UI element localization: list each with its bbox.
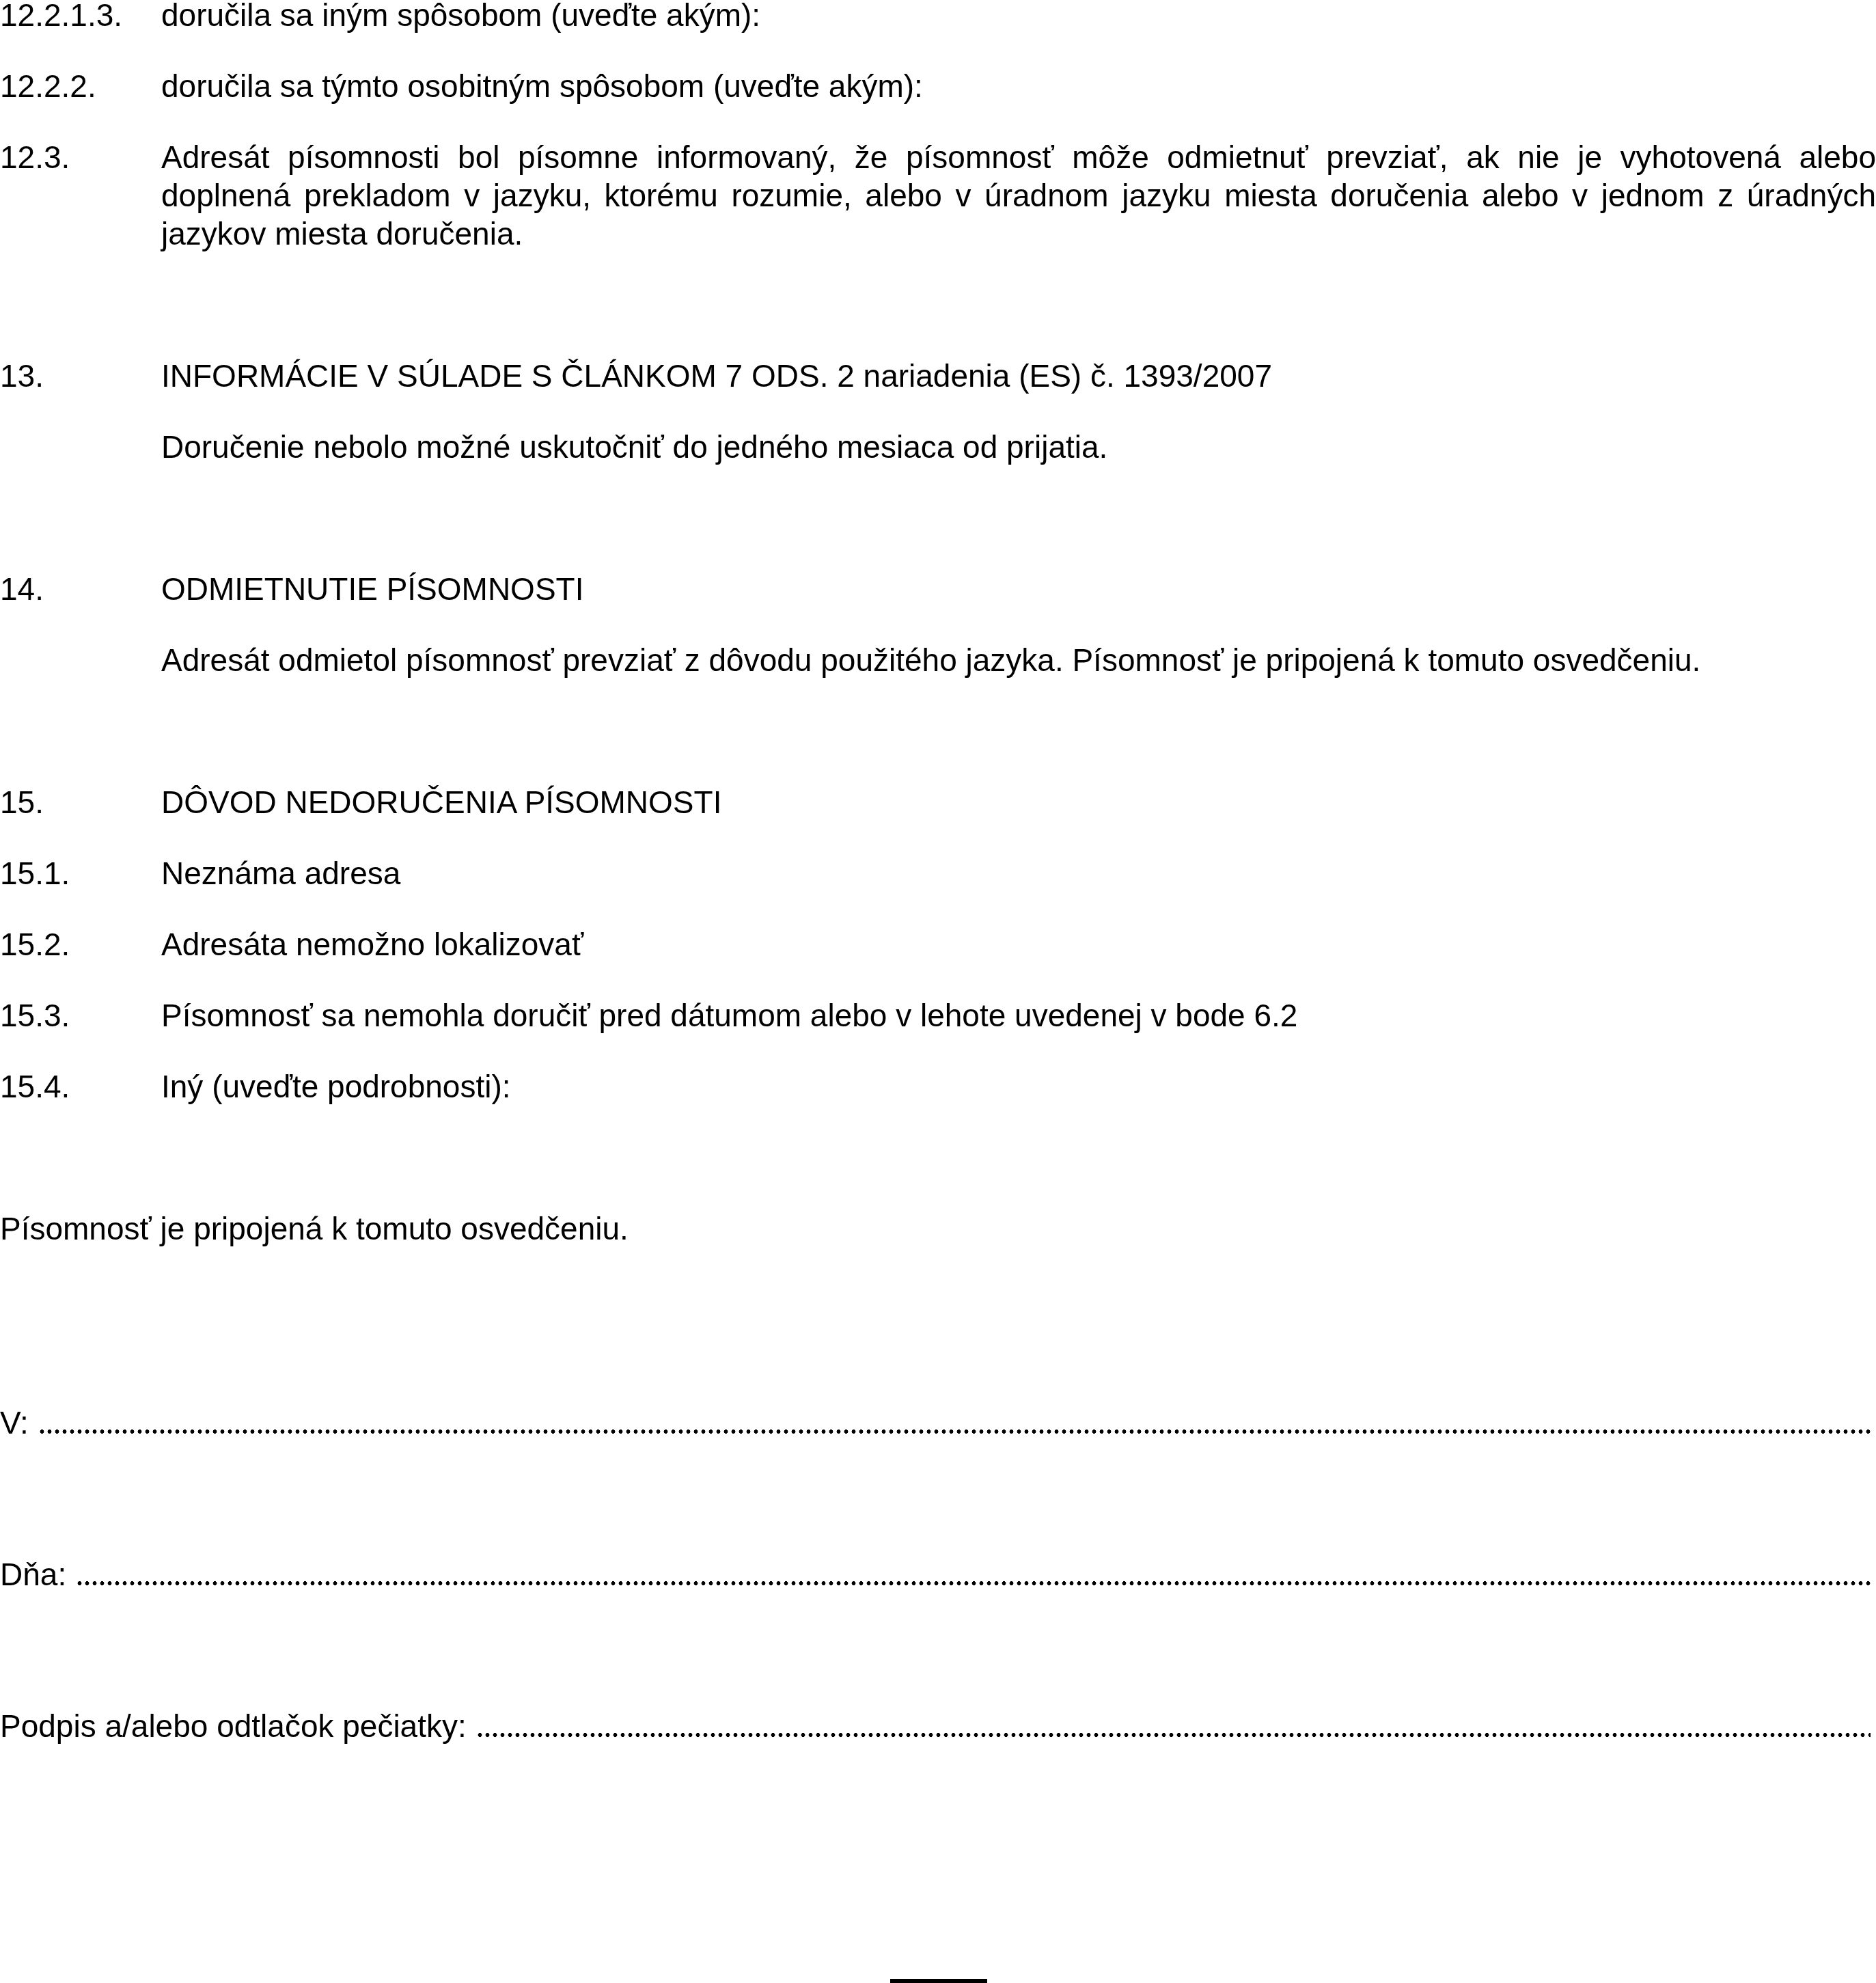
subitem-number: 15.4. bbox=[0, 1067, 70, 1106]
item-number: 12.3. bbox=[0, 138, 70, 176]
subitem-text: Iný (uveďte podrobnosti): bbox=[161, 1067, 511, 1106]
place-label: V: bbox=[0, 1404, 38, 1442]
subitem-number: 15.3. bbox=[0, 996, 70, 1035]
signature-dotted-line[interactable] bbox=[476, 1733, 1871, 1737]
date-dotted-line[interactable] bbox=[76, 1581, 1871, 1585]
attachment-note: Písomnosť je pripojená k tomuto osvedčen… bbox=[0, 1209, 629, 1248]
item-paragraph: Adresát písomnosti bol písomne informova… bbox=[161, 138, 1876, 253]
subitem-number: 15.2. bbox=[0, 925, 70, 963]
section-number: 15. bbox=[0, 783, 44, 821]
item-text: doručila sa iným spôsobom (uveďte akým): bbox=[161, 0, 760, 34]
section-number: 14. bbox=[0, 570, 44, 608]
date-label: Dňa: bbox=[0, 1555, 76, 1594]
section-body: Doručenie nebolo možné uskutočniť do jed… bbox=[161, 428, 1107, 466]
item-number: 12.2.2. bbox=[0, 67, 96, 105]
date-field[interactable]: Dňa: bbox=[0, 1555, 1871, 1594]
section-heading: ODMIETNUTIE PÍSOMNOSTI bbox=[161, 570, 583, 608]
section-heading: DÔVOD NEDORUČENIA PÍSOMNOSTI bbox=[161, 783, 721, 821]
page-footer-rule bbox=[890, 1979, 987, 1983]
section-body: Adresát odmietol písomnosť prevziať z dô… bbox=[161, 641, 1700, 679]
subitem-text: Písomnosť sa nemohla doručiť pred dátumo… bbox=[161, 996, 1297, 1035]
place-dotted-line[interactable] bbox=[38, 1430, 1871, 1434]
section-number: 13. bbox=[0, 357, 44, 395]
signature-label: Podpis a/alebo odtlačok pečiatky: bbox=[0, 1707, 476, 1745]
subitem-number: 15.1. bbox=[0, 854, 70, 892]
subitem-text: Adresáta nemožno lokalizovať bbox=[161, 925, 583, 963]
item-number: 12.2.1.3. bbox=[0, 0, 122, 34]
section-heading: INFORMÁCIE V SÚLADE S ČLÁNKOM 7 ODS. 2 n… bbox=[161, 357, 1272, 395]
subitem-text: Neznáma adresa bbox=[161, 854, 400, 892]
signature-field[interactable]: Podpis a/alebo odtlačok pečiatky: bbox=[0, 1707, 1871, 1745]
place-field[interactable]: V: bbox=[0, 1404, 1871, 1442]
item-text: doručila sa týmto osobitným spôsobom (uv… bbox=[161, 67, 923, 105]
